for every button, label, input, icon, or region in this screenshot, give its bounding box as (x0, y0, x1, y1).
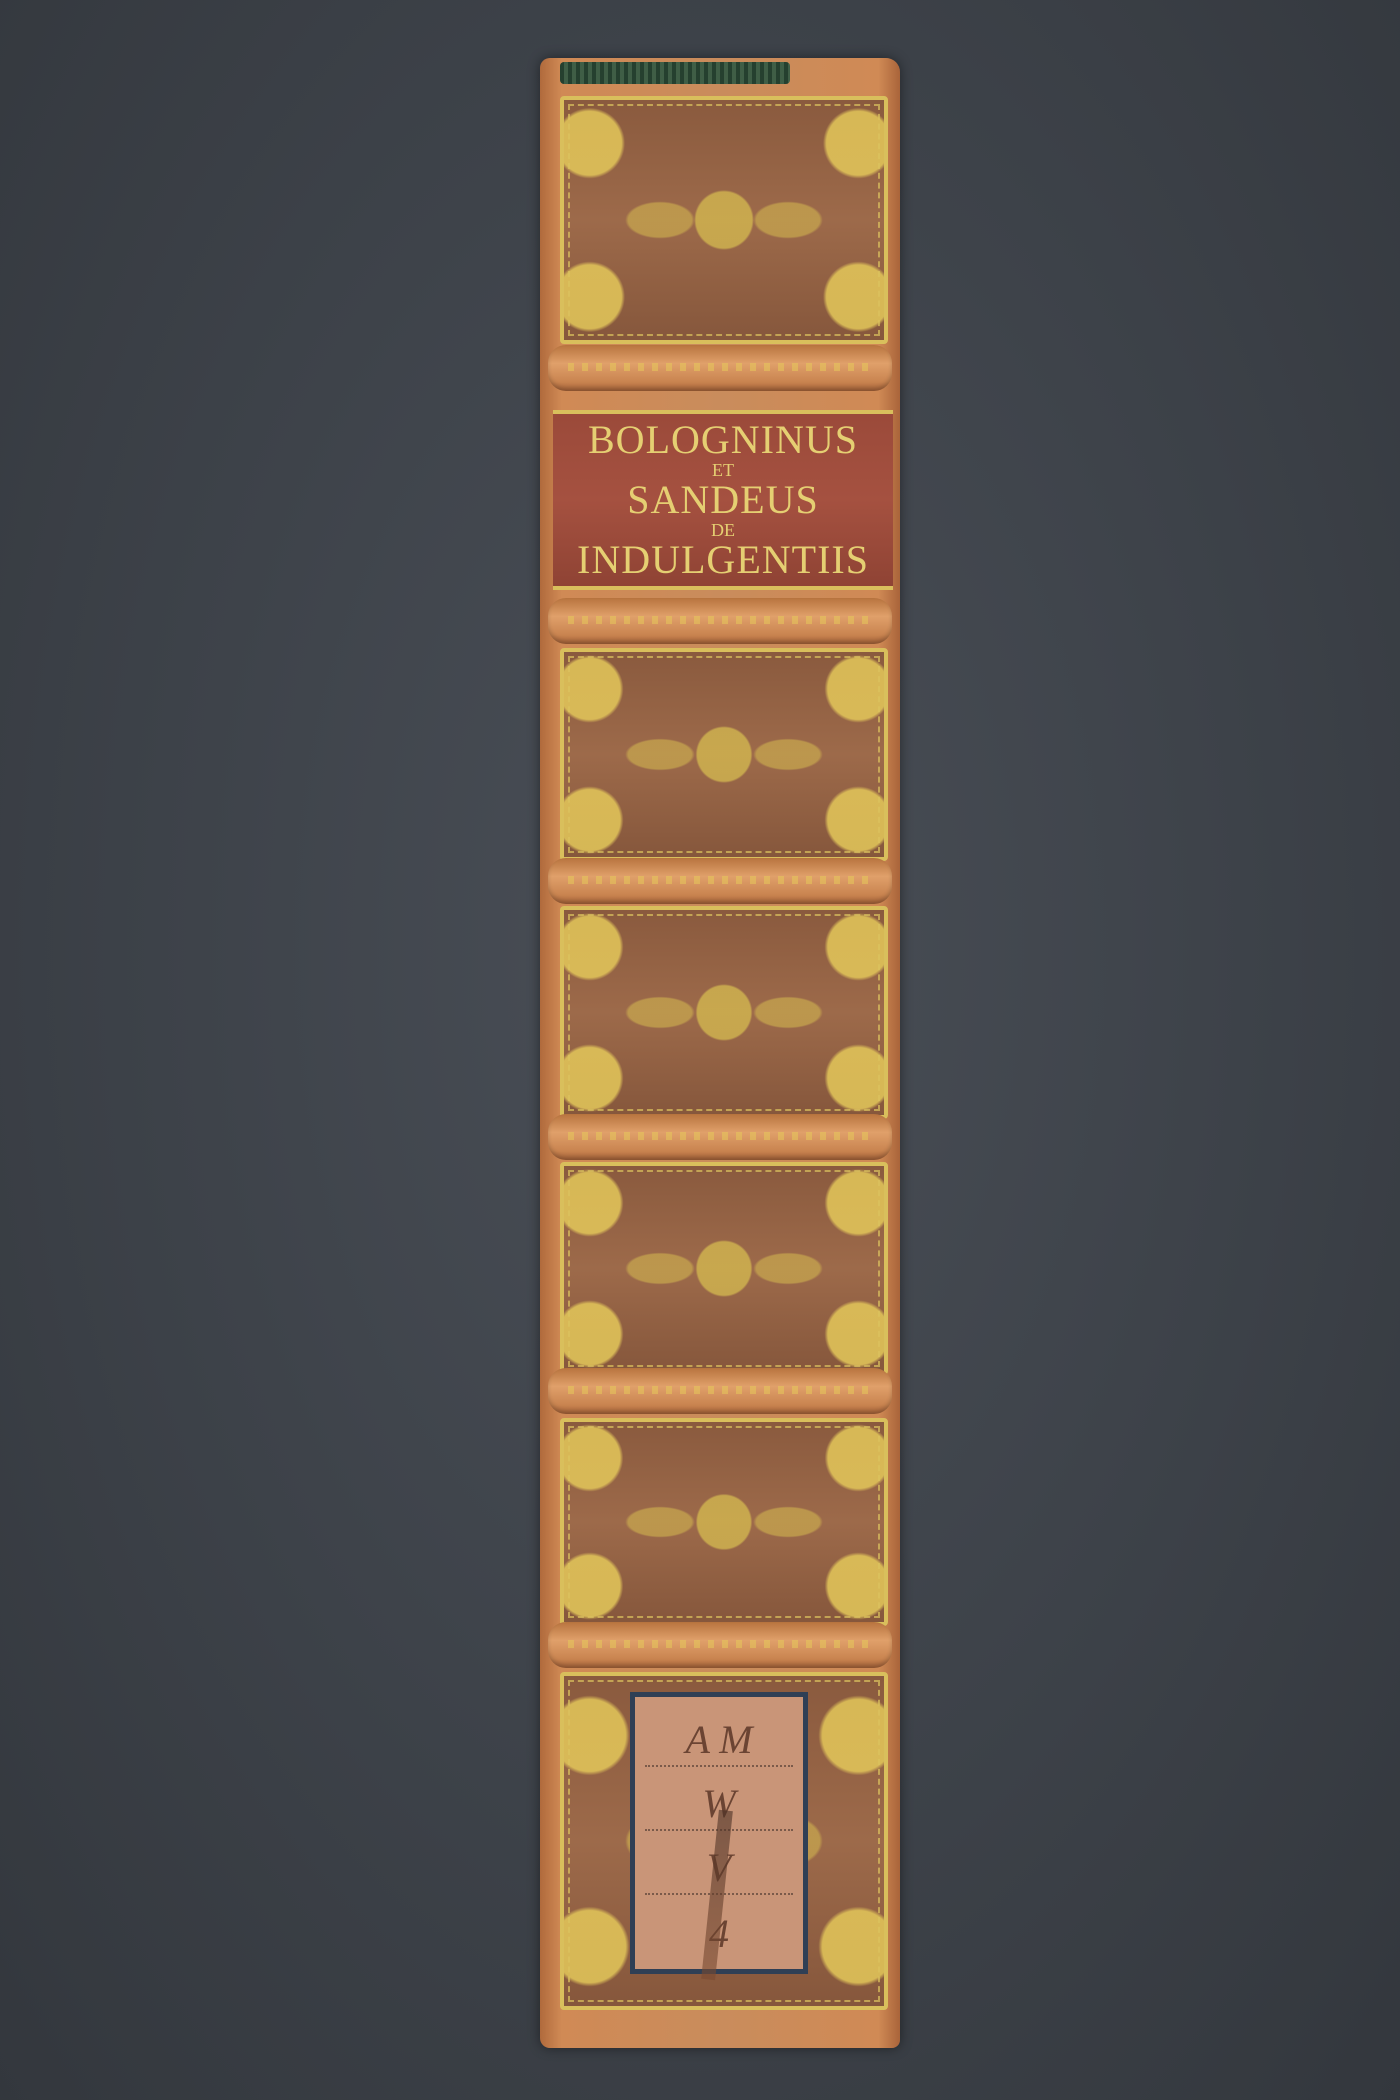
gilt-panel (560, 1162, 888, 1375)
raised-band (548, 598, 892, 644)
gilt-panel (560, 648, 888, 861)
title-line: BOLOGNINUS (588, 420, 858, 460)
raised-band (548, 1622, 892, 1668)
raised-band (548, 1368, 892, 1414)
title-label: BOLOGNINUS ET SANDEUS DE INDULGENTIIS (553, 410, 893, 590)
title-line: SANDEUS (627, 480, 818, 520)
raised-band (548, 1114, 892, 1160)
raised-band (548, 345, 892, 391)
title-line: INDULGENTIIS (577, 540, 869, 580)
shelf-mark-row: A M (645, 1697, 793, 1767)
gilt-panel-top (560, 96, 888, 344)
headband (560, 62, 790, 84)
gilt-panel (560, 1418, 888, 1626)
raised-band (548, 858, 892, 904)
gilt-panel (560, 906, 888, 1119)
